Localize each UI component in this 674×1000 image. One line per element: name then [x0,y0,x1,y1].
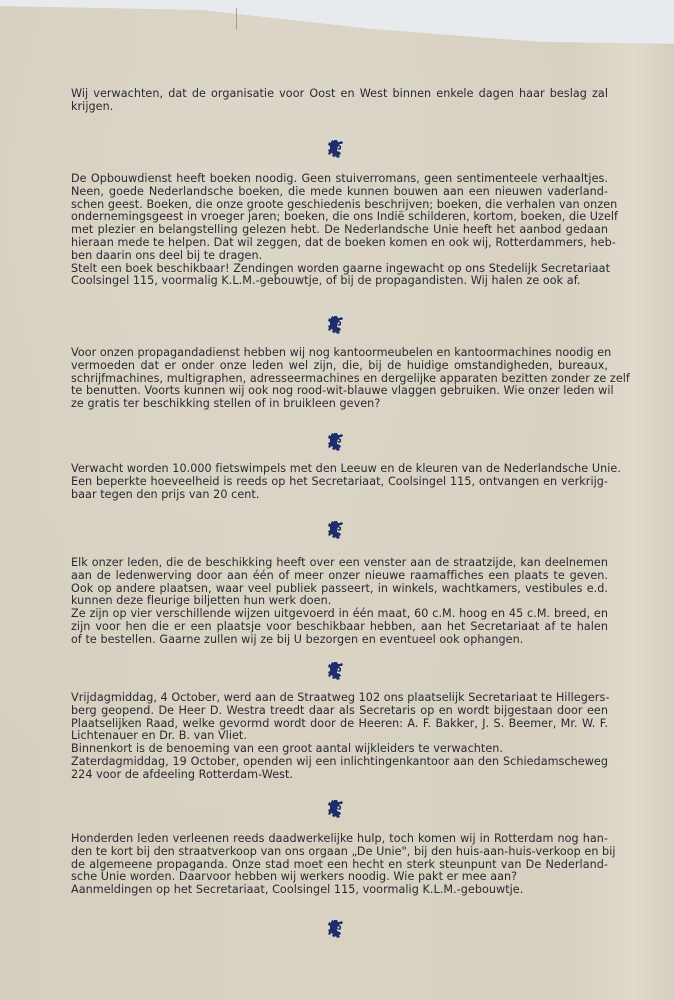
section-opbouwdienst-books: De Opbouwdienst heeft boeken noodig. Gee… [71,173,608,288]
text-line: den te kort bij den straatverkoop van on… [71,846,608,859]
text-line: zijn voor hen die er een plaatsje voor b… [71,621,608,634]
section-bicycle-pennants: Verwacht worden 10.000 fietswimpels met … [71,463,608,501]
text-line: baar tegen den prijs van 20 cent. [71,489,608,502]
lion-icon [327,315,345,335]
text-line: 224 voor de afdeeling Rotterdam-West. [71,769,608,782]
text-line: hieraan mede te helpen. Dat wil zeggen, … [71,237,608,250]
lion-icon [327,919,345,939]
text-line: Aanmeldingen op het Secretariaat, Coolsi… [71,884,608,897]
section-volunteers: Honderden leden verleenen reeds daadwerk… [71,833,608,897]
section-office-furniture: Voor onzen propagandadienst hebben wij n… [71,347,608,411]
text-line: Vrijdagmiddag, 4 October, werd aan de St… [71,692,608,705]
text-line: Voor onzen propagandadienst hebben wij n… [71,347,608,360]
text-line: of te bestellen. Gaarne zullen wij ze bi… [71,634,608,647]
text-line: Verwacht worden 10.000 fietswimpels met … [71,463,608,476]
text-line: ze gratis ter beschikking stellen of in … [71,398,608,411]
text-line: krijgen. [71,101,608,114]
text-line: aan de ledenwerving door aan één of meer… [71,570,608,583]
text-line: berg geopend. De Heer D. Westra treedt d… [71,705,608,718]
text-line: Honderden leden verleenen reeds daadwerk… [71,833,608,846]
text-line: vermoeden dat er onder onze leden wel zi… [71,360,608,373]
text-line: ben daarin ons deel bij te dragen. [71,250,608,263]
text-line: Neen, goede Nederlandsche boeken, die me… [71,186,608,199]
text-line: Een beperkte hoeveelheid is reeds op het… [71,476,608,489]
lion-icon [327,432,345,452]
text-line: Coolsingel 115, voormalig K.L.M.-gebouwt… [71,275,608,288]
text-line: Zaterdagmiddag, 19 October, openden wij … [71,756,608,769]
lion-icon [327,661,345,681]
text-line: De Opbouwdienst heeft boeken noodig. Gee… [71,173,608,186]
lion-icon [327,520,345,540]
lion-icon [327,799,345,819]
text-line: Wij verwachten, dat de organisatie voor … [71,88,608,101]
paper-crease [236,8,237,30]
text-line: Elk onzer leden, die de beschikking heef… [71,557,608,570]
section-window-posters: Elk onzer leden, die de beschikking heef… [71,557,608,647]
lion-icon [327,139,345,159]
section-organisation: Wij verwachten, dat de organisatie voor … [71,88,608,114]
section-local-secretariat: Vrijdagmiddag, 4 October, werd aan de St… [71,692,608,782]
